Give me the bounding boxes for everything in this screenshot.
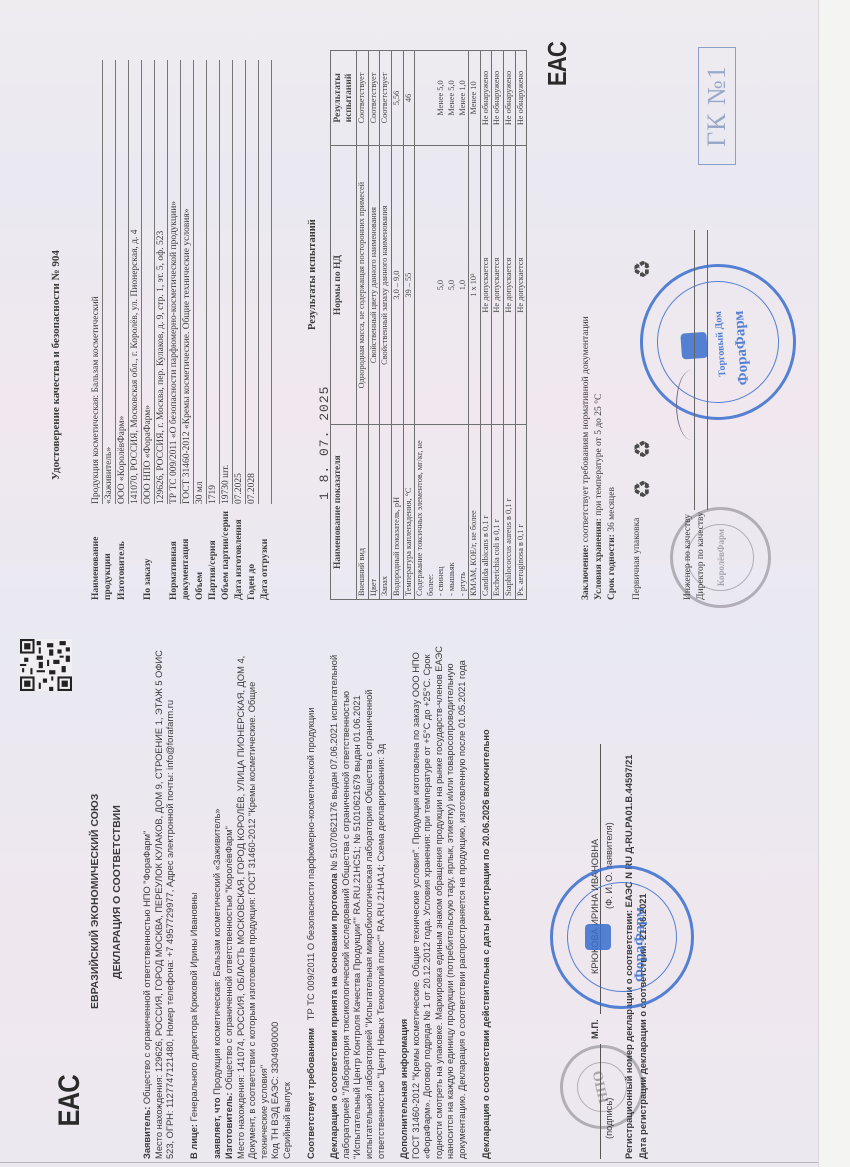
validity-text: Декларация о соответствии действительна …	[481, 644, 493, 1159]
director-signature-line	[707, 230, 708, 510]
cell-name: Candida albicans в 0,1 г	[480, 425, 492, 600]
declares-label: заявляет, что	[212, 1097, 222, 1159]
cell-name: Содержание токсичных элементов, мг/кг, н…	[415, 425, 469, 600]
cell-name: Цвет	[368, 425, 380, 600]
applicant-section: Заявитель: Общество с ограниченной ответ…	[142, 644, 177, 1159]
table-row: КМАМ, КОЕ/г, не более1 x 10³Менее 10	[469, 51, 481, 600]
director-label: Директор по качеству	[695, 512, 708, 600]
conforms-label: Соответствует требованиям	[306, 1028, 316, 1159]
table-row: Escherichia coli в 0,1 гНе допускаетсяНе…	[492, 51, 504, 600]
info-row: Дата отгрузки	[259, 60, 272, 600]
table-row: Водородный показатель, pH3,0 – 9,05,56	[391, 51, 403, 600]
union-heading: ЕВРАЗИЙСКИЙ ЭКОНОМИЧЕСКИЙ СОЮЗ	[90, 794, 102, 1009]
cell-result: Не обнаружено	[503, 51, 515, 146]
declaration-title: ДЕКЛАРАЦИЯ О СООТВЕТСТВИИ	[112, 805, 124, 979]
recycle-pap-icon: ♻	[630, 256, 656, 282]
cell-norm: Свойственный цвету данного наименования	[368, 145, 380, 424]
conforms-text: ТР ТС 009/2011 О безопасности парфюмерно…	[306, 707, 316, 1020]
cell-name: Температура каплепадения, °С	[403, 425, 415, 600]
manufacturer-address: Место нахождения: 141074, РОССИЯ, ОБЛАСТ…	[236, 656, 246, 1159]
table-row: ЗапахСвойственный запаху данного наимено…	[380, 51, 392, 600]
info-row: Дата изготовления 07.2025	[233, 60, 246, 600]
additional-text: ГОСТ 31460-2012 "Кремы косметические. Об…	[411, 646, 467, 1159]
signature-caption: (подпись)	[604, 1098, 616, 1139]
cell-name: Escherichia coli в 0,1 г	[492, 425, 504, 600]
represented-section: В лице: Генерального директора Крюковой …	[189, 644, 201, 1159]
declares-text: Продукция косметическая: Бальзам космети…	[212, 808, 222, 1094]
eac-mark: EAC	[64, 1075, 76, 1126]
manufacturer-label: Изготовитель:	[224, 1093, 234, 1159]
column-header: Результаты испытаний	[331, 51, 357, 146]
manufacturer-text: Общество с ограниченной ответственностью…	[224, 826, 234, 1090]
eac-mark: EAC	[542, 42, 573, 86]
applicant-label: Заявитель:	[142, 1107, 152, 1159]
cell-result: Соответствует	[357, 51, 369, 146]
info-row: Объем партии/серии 19730 шт.	[220, 60, 233, 600]
cell-norm: Не допускается	[503, 145, 515, 424]
cell-name: КМАМ, КОЕ/г, не более	[469, 425, 481, 600]
product-info: Наименование продукции Продукция космети…	[90, 60, 272, 600]
additional-section: Дополнительная информация ГОСТ 31460-201…	[399, 644, 469, 1159]
mp-label: М.П.	[590, 1019, 602, 1039]
info-row: Наименование продукции Продукция космети…	[90, 60, 116, 600]
additional-label: Дополнительная информация	[399, 1019, 409, 1159]
stamp-logo-icon	[585, 924, 611, 950]
results-title: Результаты испытаний	[307, 219, 318, 330]
certificate-title: Удостоверение качества и безопасности № …	[50, 250, 62, 480]
signature-line	[600, 1044, 601, 1159]
scanned-document: EAC ЕВРАЗИЙСКИЙ ЭКОНОМИЧЕСКИЙ СОЮЗ ДЕКЛА…	[0, 0, 850, 1167]
fold-line	[0, 1162, 818, 1163]
cell-result: Не обнаружено	[480, 51, 492, 146]
cell-norm: Не допускается	[515, 145, 527, 424]
tnved-code: Код ТН ВЭД ЕАЭС: 3304990000	[270, 1022, 280, 1159]
cell-name: Водородный показатель, pH	[391, 425, 403, 600]
cell-norm: Не допускается	[492, 145, 504, 424]
cell-name: Ps. aeruginosa в 0,1 г	[515, 425, 527, 600]
table-row: Содержание токсичных элементов, мг/кг, н…	[415, 51, 469, 600]
table-row: Candida albicans в 0,1 гНе допускаетсяНе…	[480, 51, 492, 600]
engineer-label: Инженер по качеству	[682, 512, 695, 600]
qr-code	[20, 639, 72, 691]
cell-result: Менее 10	[469, 51, 481, 146]
cell-result: Не обнаружено	[492, 51, 504, 146]
cell-result: Соответствует	[368, 51, 380, 146]
table-row: Температура каплепадения, °С39 – 5546	[403, 51, 415, 600]
conforms-section: Соответствует требованиям ТР ТС 009/2011…	[306, 644, 318, 1159]
applicant-address: Место нахождения: 129626, РОССИЯ, ГОРОД …	[154, 650, 176, 1159]
signers-block: Инженер по качеству Директор по качеству	[682, 512, 708, 600]
release-type: Серийный выпуск	[282, 1082, 292, 1159]
cell-result: 46	[403, 51, 415, 146]
declares-section: заявляет, что Продукция косметическая: Б…	[212, 644, 293, 1159]
cell-name: Внешний вид	[357, 425, 369, 600]
scanner-bed-edge	[818, 0, 850, 1167]
column-header: Наименование показателя	[331, 425, 357, 600]
info-row: Партия/серия 1719	[207, 60, 220, 600]
blue-trading-house-stamp: Торговый Дом ФораФарм	[635, 259, 802, 426]
declaration-body: Заявитель: Общество с ограниченной ответ…	[142, 644, 504, 1159]
recycle-pp-icon: ♻	[630, 436, 656, 462]
cell-norm: 5,0 5,0 1,0	[415, 145, 469, 424]
test-results-table: Наименование показателя Нормы по НД Резу…	[330, 50, 527, 600]
cell-norm: Не допускается	[480, 145, 492, 424]
cell-norm: 1 x 10³	[469, 145, 481, 424]
basis-section: Декларация о соответствии принята на осн…	[329, 644, 387, 1159]
column-header: Нормы по НД	[331, 145, 357, 424]
blue-company-stamp: ФораФарм	[550, 865, 694, 1009]
info-row: Нормативная документация ТР ТС 009/2011 …	[168, 60, 194, 600]
qc-stamp: ГК №1	[698, 47, 736, 165]
table-header-row: Наименование показателя Нормы по НД Резу…	[331, 51, 357, 600]
info-row: Объем 30 мл	[194, 60, 207, 600]
cell-norm: 3,0 – 9,0	[391, 145, 403, 424]
info-row: Годен до 07.2028	[246, 60, 259, 600]
info-row: Изготовитель ООО «КоролёвФарм»141070, РО…	[116, 60, 142, 600]
cell-norm: Свойственный запаху данного наименования	[380, 145, 392, 424]
table-row: ЦветСвойственный цвету данного наименова…	[368, 51, 380, 600]
signature	[676, 370, 707, 440]
represented-text: Генерального директора Крюковой Ирины Ив…	[189, 893, 199, 1122]
document-text: Документ, в соответствии с которым изгот…	[247, 682, 269, 1159]
cell-result: Не обнаружено	[515, 51, 527, 146]
info-row: По заказу ООО НПО «ФораФарм»129626, РОСС…	[142, 60, 168, 600]
table-row: Ps. aeruginosa в 0,1 гНе допускаетсяНе о…	[515, 51, 527, 600]
applicant-text: Общество с ограниченной ответственностью…	[142, 831, 152, 1104]
table-row: Staphilococcus aureus в 0,1 гНе допускае…	[503, 51, 515, 600]
cell-result: Соответствует	[380, 51, 392, 146]
basis-label: Декларация о соответствии принята на осн…	[329, 873, 339, 1159]
cell-norm: 39 – 55	[403, 145, 415, 424]
cell-result: 5,56	[391, 51, 403, 146]
recycle-pet-icon: ♻	[630, 476, 656, 502]
represented-label: В лице:	[189, 1124, 199, 1159]
table-row: Внешний видОднородная масса, не содержащ…	[357, 51, 369, 600]
cell-norm: Однородная масса, не содержащая посторон…	[357, 145, 369, 424]
cell-name: Staphilococcus aureus в 0,1 г	[503, 425, 515, 600]
cell-result: Менее 5,0 Менее 5,0 Менее 1,0	[415, 51, 469, 146]
cell-name: Запах	[380, 425, 392, 600]
